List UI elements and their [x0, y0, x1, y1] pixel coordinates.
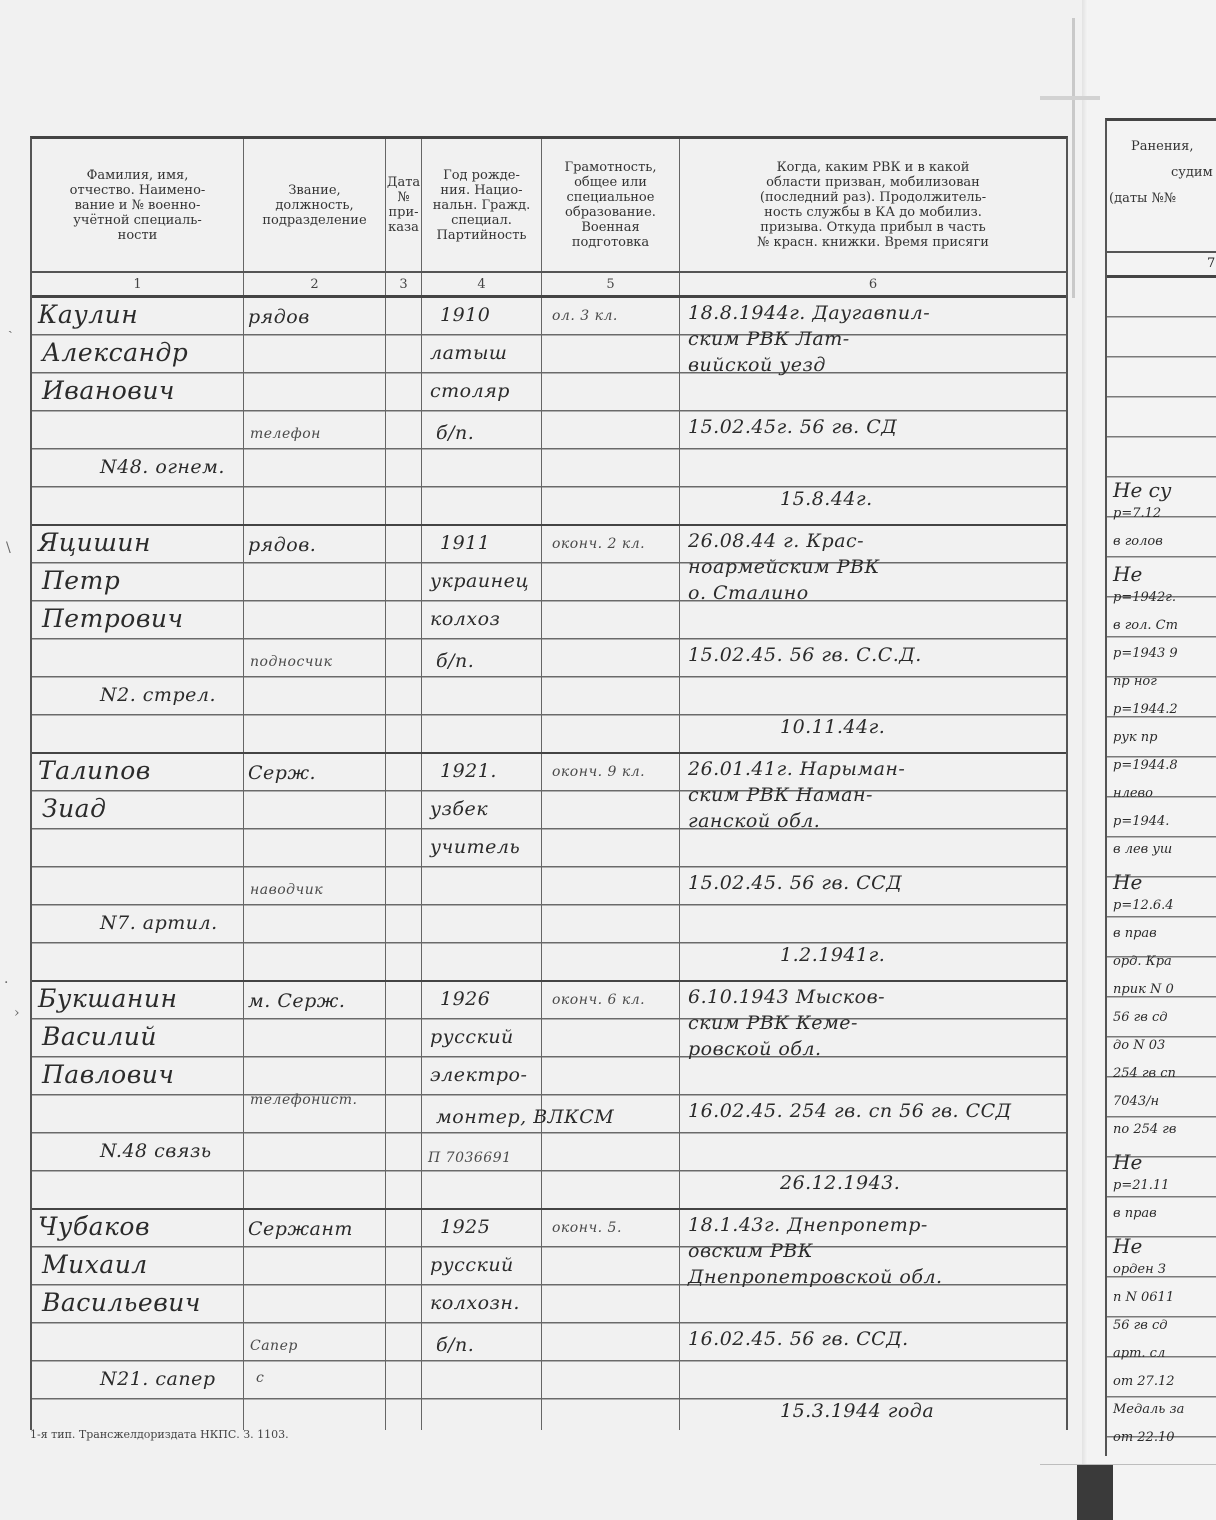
draft-line: 26.08.44 г. Крас-: [688, 530, 864, 552]
cell-c1: ЧубаковМихаилВасильевичN21. сапер: [32, 1210, 244, 1430]
rank: Сержант: [248, 1218, 353, 1240]
header-text-line: Звание,: [262, 183, 366, 198]
draft-line: ровской обл.: [688, 1038, 822, 1060]
header-text-line: подразделение: [262, 213, 366, 228]
col-number: 3: [386, 273, 422, 295]
surname: Яцишин: [38, 528, 151, 557]
specialty: колхоз: [430, 608, 500, 630]
col-number: 1: [32, 273, 244, 295]
arrival-unit: 15.02.45. 56 гв. ССД: [688, 872, 902, 894]
records-body: КаулинАлександрИвановичN48. огнем.рядовт…: [32, 298, 1066, 1430]
header-col-6: Когда, каким РВК и в какойобласти призва…: [680, 139, 1066, 271]
cell-c6: 26.01.41г. Нарыман-ским РВК Наман-ганско…: [680, 754, 1066, 980]
cell-c3: [386, 526, 422, 752]
cell-c6: 6.10.1943 Мысков-ским РВК Кеме-ровской о…: [680, 982, 1066, 1208]
education: оконч. 9 кл.: [552, 764, 645, 780]
col-7-entry: 56 гв сд: [1113, 1318, 1167, 1333]
surname: Чубаков: [38, 1212, 150, 1241]
oath-date: 26.12.1943.: [780, 1172, 900, 1194]
patronymic: Павлович: [42, 1060, 174, 1089]
col-number: 4: [422, 273, 542, 295]
header-text-line: специал.: [433, 213, 530, 228]
draft-line: Днепропетровской обл.: [688, 1266, 943, 1288]
specialty: учитель: [430, 836, 520, 858]
header-text-line: № красн. книжки. Время присяги: [757, 235, 989, 250]
col-7-entry: в голов: [1113, 534, 1163, 549]
rank: рядов: [248, 306, 310, 328]
birth-year: 1925: [440, 1216, 490, 1238]
draft-line: 18.1.43г. Днепропетр-: [688, 1214, 928, 1236]
oath-date: 15.3.1944 года: [780, 1400, 934, 1422]
surname: Каулин: [38, 300, 138, 329]
header-text-line: (последний раз). Продолжитель-: [757, 190, 989, 205]
page-fold: [1082, 0, 1088, 1520]
oath-date: 10.11.44г.: [780, 716, 885, 738]
cell-c5: оконч. 9 кл.: [542, 754, 680, 980]
cell-c4: 1911украинецколхозб/п.: [422, 526, 542, 752]
header-text-line: отчество. Наимено-: [70, 183, 206, 198]
cell-c3: [386, 298, 422, 524]
cell-c1: ЯцишинПетрПетровичN2. стрел.: [32, 526, 244, 752]
oath-date: 15.8.44г.: [780, 488, 873, 510]
col-7-entry: по 254 гв: [1113, 1122, 1176, 1137]
col-7-entry: орд. Кра: [1113, 954, 1172, 969]
header-text-line: призыва. Откуда прибыл в часть: [757, 220, 989, 235]
header-text-line: ность службы в КА до мобилиз.: [757, 205, 989, 220]
header-text-line: нальн. Гражд.: [433, 198, 530, 213]
table-row: БукшанинВасилийПавловичN.48 связьм. Серж…: [32, 982, 1066, 1210]
col-7-entry: нлево: [1113, 786, 1153, 801]
draft-line: 26.01.41г. Нарыман-: [688, 758, 905, 780]
column-numbers: 1 2 3 4 5 6: [32, 273, 1066, 298]
margin-mark: ·: [4, 975, 8, 991]
header-col-3: Дата№при-каза: [386, 139, 422, 271]
col-7-entry: п N 0611: [1113, 1290, 1174, 1305]
col-7-entry: Не: [1113, 870, 1142, 894]
col-7-entry: 254 гв сп: [1113, 1066, 1176, 1081]
patronymic: Иванович: [42, 376, 175, 405]
binder-shadow: [1077, 1465, 1113, 1520]
cell-c1: ТалиповЗиадN7. артил.: [32, 754, 244, 980]
vus-number: N21. сапер: [100, 1368, 216, 1390]
col-number-7: 7: [1107, 253, 1216, 278]
col-7-entry: 7043/н: [1113, 1094, 1159, 1109]
draft-line: ганской обл.: [688, 810, 820, 832]
paper-crease: [1072, 18, 1075, 298]
margin-mark: \: [6, 540, 11, 556]
table-row: ТалиповЗиадN7. артил.Серж.наводчик1921.у…: [32, 754, 1066, 982]
printer-imprint: 1-я тип. Трансжелдориздата НКПС. З. 1103…: [30, 1428, 289, 1441]
nationality: русский: [430, 1254, 514, 1276]
table-row: ЯцишинПетрПетровичN2. стрел.рядов.поднос…: [32, 526, 1066, 754]
header-text-line: образование.: [565, 205, 657, 220]
col-number: 2: [244, 273, 386, 295]
arrival-unit: 16.02.45. 254 гв. сп 56 гв. ССД: [688, 1100, 1012, 1122]
birth-year: 1921.: [440, 760, 497, 782]
nationality: русский: [430, 1026, 514, 1048]
cell-c5: оконч. 2 кл.: [542, 526, 680, 752]
surname: Талипов: [38, 756, 151, 785]
right-page-table: Ранения, судим (даты №№ 7 Не сур=7.12в г…: [1105, 118, 1216, 1456]
col-number: 6: [680, 273, 1066, 295]
first-name: Василий: [42, 1022, 157, 1051]
cell-c4: 1925русскийколхозн.б/п.: [422, 1210, 542, 1430]
col-7-entry: орден З: [1113, 1262, 1166, 1277]
col-7-entry: от 27.12: [1113, 1374, 1175, 1389]
header-text-line: области призван, мобилизован: [757, 175, 989, 190]
cell-c3: [386, 754, 422, 980]
col-number: 5: [542, 273, 680, 295]
col-7-entry: р=1943 9: [1113, 646, 1178, 661]
table-header: Фамилия, имя,отчество. Наимено-вание и №…: [32, 139, 1066, 273]
col-7-entry: р=1944.: [1113, 814, 1169, 829]
header-text-line: №: [387, 190, 420, 205]
cell-c2: СержантСаперс: [244, 1210, 386, 1430]
education: оконч. 5.: [552, 1220, 622, 1236]
cell-c5: оконч. 6 кл.: [542, 982, 680, 1208]
draft-line: о. Сталино: [688, 582, 809, 604]
specialty: столяр: [430, 380, 510, 402]
oath-date: 1.2.1941г.: [780, 944, 885, 966]
header-line: (даты №№: [1109, 191, 1176, 206]
paper-crease-horizontal: [1040, 96, 1100, 100]
cell-c6: 26.08.44 г. Крас-ноармейским РВКо. Стали…: [680, 526, 1066, 752]
col-7-entry: Не: [1113, 562, 1142, 586]
table-row: ЧубаковМихаилВасильевичN21. саперСержант…: [32, 1210, 1066, 1430]
cell-c5: ол. 3 кл.: [542, 298, 680, 524]
surname: Букшанин: [38, 984, 177, 1013]
header-text-line: Партийность: [433, 228, 530, 243]
cell-c5: оконч. 5.: [542, 1210, 680, 1430]
birth-year: 1911: [440, 532, 490, 554]
col-7-entry: Не: [1113, 1234, 1142, 1258]
first-name: Зиад: [42, 794, 106, 823]
header-col-1: Фамилия, имя,отчество. Наимено-вание и №…: [32, 139, 244, 271]
header-text-line: вание и № военно-: [70, 198, 206, 213]
margin-mark: ˎ: [8, 318, 13, 335]
col-7-entry: рук пр: [1113, 730, 1157, 745]
col-7-entry: пр ног: [1113, 674, 1157, 689]
header-text-line: Фамилия, имя,: [70, 168, 206, 183]
header-text-line: Военная: [565, 220, 657, 235]
nationality: украинец: [430, 570, 529, 592]
education: ол. 3 кл.: [552, 308, 618, 324]
position: наводчик: [250, 882, 323, 898]
col-7-entry: Не: [1113, 1150, 1142, 1174]
rank: Серж.: [248, 762, 316, 784]
header-text-line: Год рожде-: [433, 168, 530, 183]
education: оконч. 6 кл.: [552, 992, 645, 1008]
draft-line: 18.8.1944г. Даугавпил-: [688, 302, 930, 324]
header-col-2: Звание,должность,подразделение: [244, 139, 386, 271]
col-7-entry: в лев уш: [1113, 842, 1172, 857]
col-7-entry: прик N 0: [1113, 982, 1174, 997]
header-text-line: Когда, каким РВК и в какой: [757, 160, 989, 175]
col-7-entry: от 22.10: [1113, 1430, 1175, 1445]
rank: м. Серж.: [248, 990, 345, 1012]
arrival-unit: 15.02.45. 56 гв. С.С.Д.: [688, 644, 922, 666]
party: б/п.: [436, 650, 474, 672]
position: подносчик: [250, 654, 332, 670]
cell-c3: [386, 982, 422, 1208]
col-7-entry: р=1944.2: [1113, 702, 1178, 717]
education: оконч. 2 кл.: [552, 536, 645, 552]
nationality: узбек: [430, 798, 488, 820]
rank: рядов.: [248, 534, 316, 556]
header-text-line: при-: [387, 205, 420, 220]
col-7-entry: р=1942г.: [1113, 590, 1176, 605]
specialty: колхозн.: [430, 1292, 520, 1314]
col-7-entry: в гол. Ст: [1113, 618, 1178, 633]
header-text-line: ности: [70, 228, 206, 243]
header-col-5: Грамотность,общее илиспециальноеобразова…: [542, 139, 680, 271]
birth-year: 1910: [440, 304, 490, 326]
col-7-entry: р=1944.8: [1113, 758, 1178, 773]
draft-line: ским РВК Лат-: [688, 328, 850, 350]
header-text-line: подготовка: [565, 235, 657, 250]
col-7-entry: р=7.12: [1113, 506, 1161, 521]
specialty: электро-: [430, 1064, 527, 1086]
cell-c6: 18.8.1944г. Даугавпил-ским РВК Лат-вийск…: [680, 298, 1066, 524]
position: телефон: [250, 426, 321, 442]
cell-c4: 1910латышстолярб/п.: [422, 298, 542, 524]
header-text-line: должность,: [262, 198, 366, 213]
vus-number: N7. артил.: [100, 912, 218, 934]
draft-line: ским РВК Наман-: [688, 784, 873, 806]
draft-line: вийской уезд: [688, 354, 826, 376]
unit: с: [256, 1370, 264, 1386]
col-7-entries: Не сур=7.12в головНер=1942г.в гол. Стр=1…: [1107, 278, 1216, 1458]
party: б/п.: [436, 1334, 474, 1356]
header-text-line: Грамотность,: [565, 160, 657, 175]
col-7-entry: до N 03: [1113, 1038, 1165, 1053]
cell-c4: 1921.узбекучитель: [422, 754, 542, 980]
header-text-line: Дата: [387, 175, 420, 190]
draft-line: 6.10.1943 Мысков-: [688, 986, 885, 1008]
table-row: КаулинАлександрИвановичN48. огнем.рядовт…: [32, 298, 1066, 526]
col-7-entry: в прав: [1113, 1206, 1157, 1221]
col-7-entry: р=21.11: [1113, 1178, 1169, 1193]
vus-number: N48. огнем.: [100, 456, 225, 478]
cell-c1: БукшанинВасилийПавловичN.48 связь: [32, 982, 244, 1208]
margin-mark: ›: [14, 1005, 20, 1021]
header-col-4: Год рожде-ния. Нацио-нальн. Гражд.специа…: [422, 139, 542, 271]
col-7-entry: Медаль за: [1113, 1402, 1184, 1417]
cell-c2: Серж.наводчик: [244, 754, 386, 980]
cell-c4: 1926русскийэлектро-монтер, ВЛКСМП 703669…: [422, 982, 542, 1208]
header-text-line: учётной специаль-: [70, 213, 206, 228]
position: телефонист.: [250, 1092, 357, 1108]
scan-edge: [1040, 1464, 1216, 1465]
nationality: латыш: [430, 342, 507, 364]
vus-number: N2. стрел.: [100, 684, 216, 706]
position: Сапер: [250, 1338, 298, 1354]
cell-c2: рядовтелефон: [244, 298, 386, 524]
draft-line: овским РВК: [688, 1240, 813, 1262]
cell-c1: КаулинАлександрИвановичN48. огнем.: [32, 298, 244, 524]
cell-c2: м. Серж.телефонист.: [244, 982, 386, 1208]
vus-number: N.48 связь: [100, 1140, 212, 1162]
col-7-entry: р=12.6.4: [1113, 898, 1174, 913]
arrival-unit: 16.02.45. 56 гв. ССД.: [688, 1328, 909, 1350]
cell-c2: рядов.подносчик: [244, 526, 386, 752]
first-name: Михаил: [42, 1250, 148, 1279]
draft-line: ноармейским РВК: [688, 556, 880, 578]
patronymic: Петрович: [42, 604, 184, 633]
header-line: Ранения,: [1131, 139, 1194, 154]
komsomol-card: П 7036691: [428, 1150, 512, 1166]
header-text-line: общее или: [565, 175, 657, 190]
header-text-line: специальное: [565, 190, 657, 205]
col-7-entry: Не су: [1113, 478, 1171, 502]
draft-line: ским РВК Кеме-: [688, 1012, 858, 1034]
cell-c3: [386, 1210, 422, 1430]
col-7-entry: в прав: [1113, 926, 1157, 941]
col-7-entry: 56 гв сд: [1113, 1010, 1167, 1025]
party: б/п.: [436, 422, 474, 444]
arrival-unit: 15.02.45г. 56 гв. СД: [688, 416, 897, 438]
register-table: Фамилия, имя,отчество. Наимено-вание и №…: [30, 136, 1068, 1430]
first-name: Александр: [42, 338, 188, 367]
col-7-entry: арт. сл: [1113, 1346, 1165, 1361]
header-col-7: Ранения, судим (даты №№: [1107, 121, 1216, 253]
header-line: судим: [1171, 165, 1213, 180]
header-text-line: каза: [387, 220, 420, 235]
header-text-line: ния. Нацио-: [433, 183, 530, 198]
patronymic: Васильевич: [42, 1288, 201, 1317]
cell-c6: 18.1.43г. Днепропетр-овским РВКДнепропет…: [680, 1210, 1066, 1430]
birth-year: 1926: [440, 988, 490, 1010]
first-name: Петр: [42, 566, 120, 595]
